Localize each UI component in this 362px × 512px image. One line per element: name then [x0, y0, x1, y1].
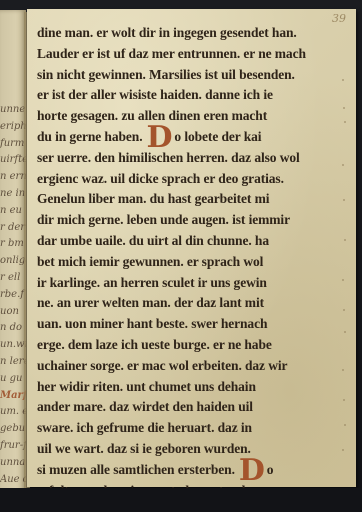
manuscript-line: Genelun liber man. du hast gearbeitet mi	[37, 189, 337, 210]
manuscript-line: uchainer sorge. er mac wol erbeiten. daz…	[37, 356, 337, 377]
facing-page-edge: unneeriphfurmuirften ernne inn eur derr …	[0, 10, 26, 498]
manuscript-line: uan. uon miner hant beste. swer hernach	[37, 314, 337, 335]
parchment-speck	[342, 164, 344, 166]
parchment-speck	[344, 239, 346, 241]
parchment-speck	[344, 424, 346, 426]
manuscript-line: du in gerne haben.Do lobete der kai	[37, 127, 337, 148]
manuscript-line: ser uerre. den himilischen herren. daz a…	[37, 148, 337, 169]
manuscript-line: Lauder er ist uf daz mer entrunnen. er n…	[37, 44, 337, 65]
facing-page-text-fragment: unna	[0, 455, 26, 471]
line-text: uchainer sorge. er mac wol erbeiten. daz…	[37, 358, 287, 373]
line-text: ser uerre. den himilischen herren. daz a…	[37, 150, 300, 165]
line-text: her widir riten. unt chumet uns dehain	[37, 379, 256, 394]
rubricated-initial: D	[146, 128, 172, 148]
facing-page-text-fragment: un.wi	[0, 337, 26, 353]
line-text: ander mare. daz wirdet den haiden uil	[37, 399, 253, 414]
line-text: sware. ich gefrume die heruart. daz in	[37, 420, 252, 435]
facing-page-text-fragment: u gu	[0, 371, 26, 387]
line-text-after-initial: o	[267, 462, 274, 477]
manuscript-line: sware. ich gefrume die heruart. daz in	[37, 418, 337, 439]
parchment-speck	[343, 199, 345, 201]
line-text-after-initial: o lobete der kai	[174, 129, 261, 144]
facing-page-text-fragment: Marfil	[0, 388, 26, 404]
line-text: ne. an urer welten man. der daz lant mit	[37, 295, 264, 310]
line-text: ir karlinge. an herren sculet ir uns gew…	[37, 275, 267, 290]
line-text: si muzen alle samtlichen ersterben.	[37, 462, 235, 477]
facing-page-text-fragment: ne in	[0, 186, 26, 202]
facing-page-text-fragment: n do	[0, 320, 26, 336]
line-text: Genelun liber man. du hast gearbeitet mi	[37, 191, 269, 206]
parchment-speck	[344, 121, 346, 123]
image-viewer: unneeriphfurmuirften ernne inn eur derr …	[0, 0, 362, 512]
manuscript-line: ergienc waz. uil dicke sprach er deo gra…	[37, 169, 337, 190]
rubricated-initial: D	[239, 461, 265, 481]
parchment-specks	[342, 69, 348, 469]
manuscript-line: dir mich gerne. leben unde augen. ist ie…	[37, 210, 337, 231]
facing-page-text-fragment: unne	[0, 102, 26, 118]
manuscript-line: uil we wart. daz si ie geboren wurden.	[37, 439, 337, 460]
facing-page-text-fragment: n eu	[0, 203, 26, 219]
manuscript-line: erge. dem laze ich ueste burge. er ne ha…	[37, 335, 337, 356]
facing-page-text-fragment: gebum	[0, 421, 26, 437]
parchment-speck	[344, 331, 346, 333]
line-text: uan. uon miner hant beste. swer hernach	[37, 316, 267, 331]
line-text: bet mich iemir gewunnen. er sprach wol	[37, 254, 263, 269]
manuscript-folio: 39 dine man. er wolt dir in ingegen gese…	[27, 9, 356, 487]
manuscript-line: si muzen alle samtlichen ersterben.Do	[37, 460, 337, 481]
manuscript-line: ir karlinge. an herren sculet ir uns gew…	[37, 273, 337, 294]
line-text: er ist der aller wisiste haiden. danne i…	[37, 87, 273, 102]
line-text: dine man. er wolt dir in ingegen gesende…	[37, 25, 297, 40]
parchment-speck	[343, 309, 345, 311]
line-text: du in gerne haben.	[37, 129, 142, 144]
facing-page-text-fragment: r der	[0, 220, 26, 236]
line-text: ergienc waz. uil dicke sprach er deo gra…	[37, 171, 284, 186]
parchment-speck	[342, 369, 344, 371]
facing-page-text-fragment: n ern	[0, 169, 26, 185]
facing-page-text-fragment: eriph	[0, 119, 26, 135]
manuscript-line: bet mich iemir gewunnen. er sprach wol	[37, 252, 337, 273]
facing-page-text-fragment: Aue d	[0, 472, 26, 488]
parchment-speck	[342, 449, 344, 451]
manuscript-line: ne. an urer welten man. der daz lant mit	[37, 293, 337, 314]
line-text: sin nicht gewinnen. Marsilies ist uil be…	[37, 67, 295, 82]
manuscript-line: er ist der aller wisiste haiden. danne i…	[37, 85, 337, 106]
line-text: Lauder er ist uf daz mer entrunnen. er n…	[37, 46, 306, 61]
facing-page-text-fragment: r bm	[0, 236, 26, 252]
manuscript-line: dine man. er wolt dir in ingegen gesende…	[37, 23, 337, 44]
line-text: erge. dem laze ich ueste burge. er ne ha…	[37, 337, 272, 352]
facing-page-text-fragment: uirfte	[0, 152, 26, 168]
facing-page-text-fragment: rbe.f	[0, 287, 26, 303]
facing-page-text-fragment: n lere	[0, 354, 26, 370]
manuscript-text-block: dine man. er wolt dir in ingegen gesende…	[37, 23, 337, 501]
viewer-background-bottom	[0, 488, 362, 512]
facing-page-text-fragment: r ell	[0, 270, 26, 286]
facing-page-text-fragment: frur-fr	[0, 438, 26, 454]
parchment-speck	[343, 107, 345, 109]
line-text: dir mich gerne. leben unde augen. ist ie…	[37, 212, 290, 227]
line-text: uil we wart. daz si ie geboren wurden.	[37, 441, 251, 456]
parchment-speck	[342, 79, 344, 81]
facing-page-text-fragment: furm	[0, 136, 26, 152]
parchment-speck	[342, 279, 344, 281]
line-text: dar umbe uaile. du uirt al din chunne. h…	[37, 233, 269, 248]
facing-page-text-fragment: uon	[0, 304, 26, 320]
facing-page-text-fragment: onlige	[0, 253, 26, 269]
manuscript-line: dar umbe uaile. du uirt al din chunne. h…	[37, 231, 337, 252]
manuscript-line: her widir riten. unt chumet uns dehain	[37, 377, 337, 398]
parchment-speck	[343, 399, 345, 401]
manuscript-line: ander mare. daz wirdet den haiden uil	[37, 397, 337, 418]
facing-page-text-fragment: um. e	[0, 404, 26, 420]
manuscript-line: sin nicht gewinnen. Marsilies ist uil be…	[37, 65, 337, 86]
manuscript-line: horte gesagen. zu allen dinen eren macht	[37, 106, 337, 127]
